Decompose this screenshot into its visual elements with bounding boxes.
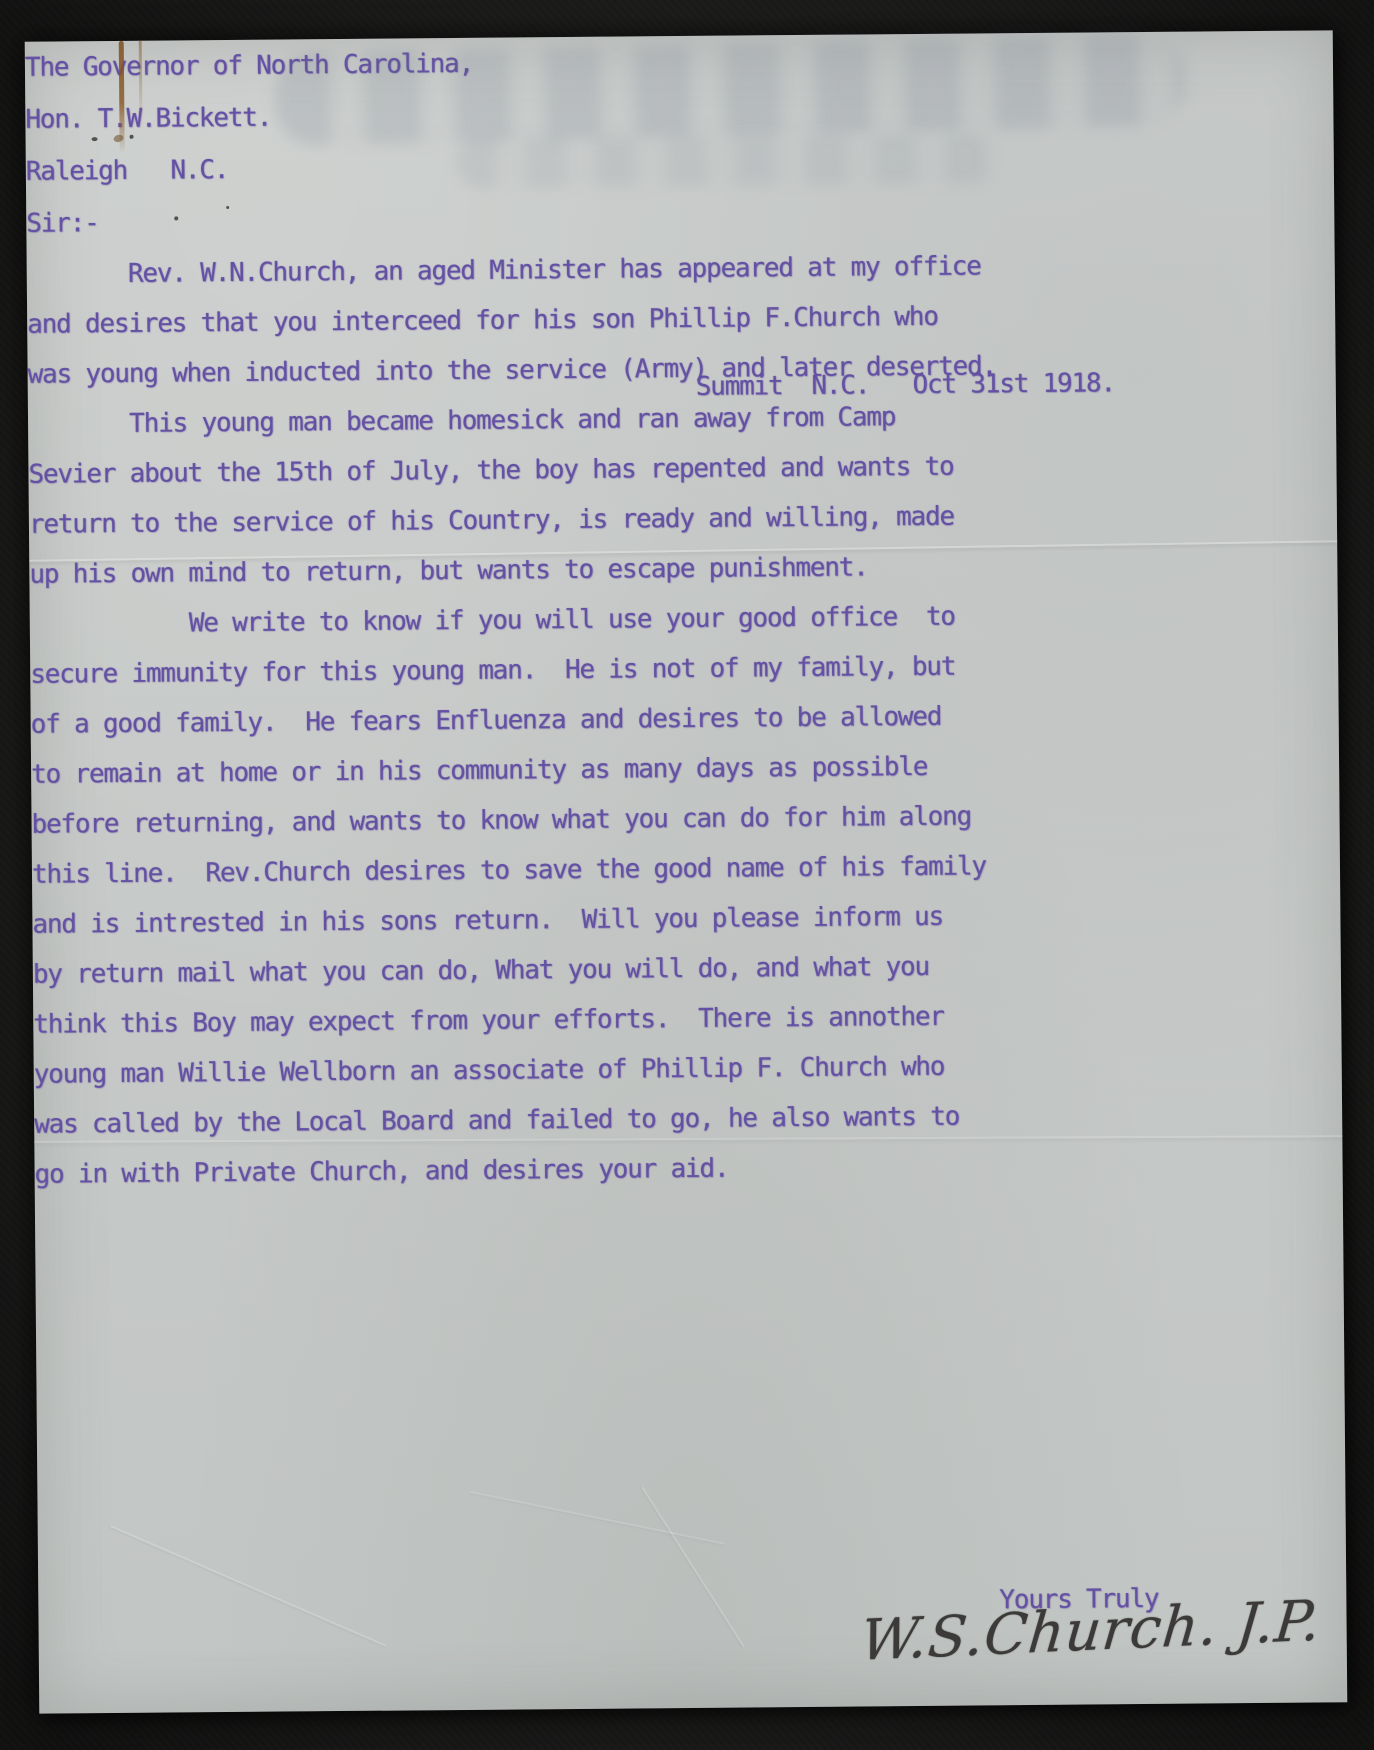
photo-background: Summit N.C. Oct 31st 1918. The Governor … <box>0 0 1374 1750</box>
signature-handwritten: W.S.Church. J.P. <box>858 1588 1334 1674</box>
letter-page: Summit N.C. Oct 31st 1918. The Governor … <box>25 30 1348 1713</box>
paper-wrinkle <box>110 1525 386 1646</box>
paper-wrinkle <box>470 1491 725 1545</box>
dateline: Summit N.C. Oct 31st 1918. <box>696 368 1115 402</box>
body-line: go in with Private Church, and desires y… <box>34 1138 1342 1199</box>
letter-body: Rev. W.N.Church, an aged Minister has ap… <box>27 238 1343 1199</box>
address-block: The Governor of North Carolina, Hon. T.W… <box>25 30 1335 249</box>
paper-wrinkle <box>641 1486 745 1647</box>
